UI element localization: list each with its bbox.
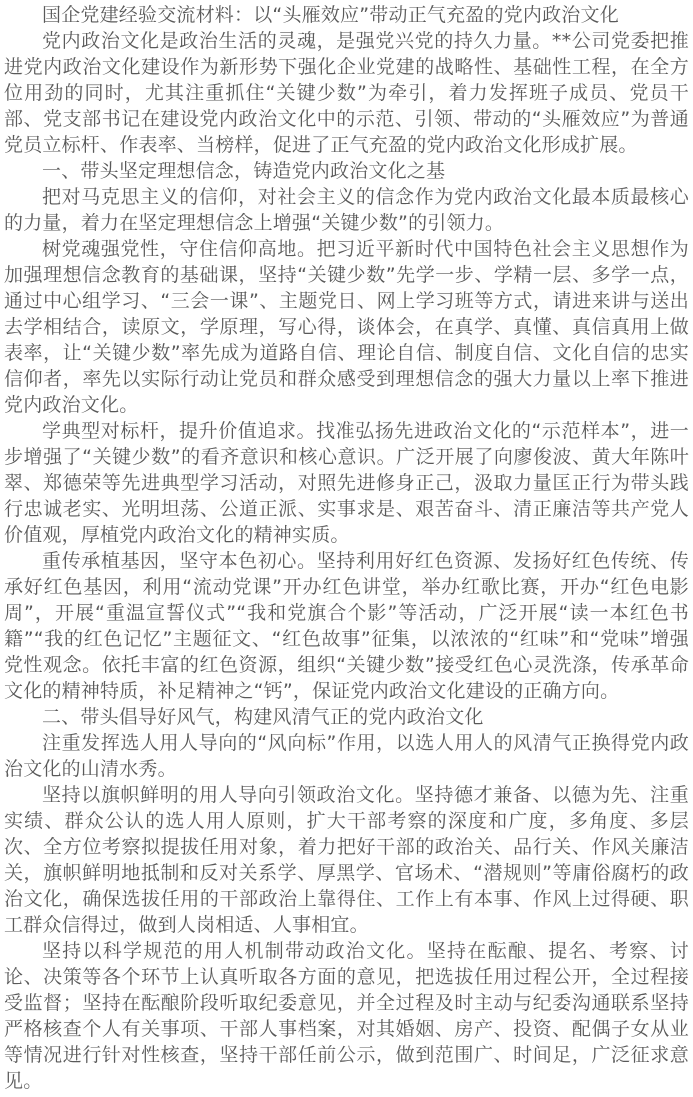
body-paragraph: 坚持以旗帜鲜明的用人导向引领政治文化。坚持德才兼备、以德为先、注重实绩、群众公认… (4, 782, 689, 938)
body-paragraph: 党内政治文化是政治生活的灵魂，是强党兴党的持久力量。**公司党委把推进党内政治文… (4, 28, 689, 158)
body-paragraph: 学典型对标杆，提升价值追求。找准弘扬先进政治文化的“示范样本”，进一步增强了“关… (4, 418, 689, 548)
body-paragraph: 把对马克思主义的信仰，对社会主义的信念作为党内政治文化最本质最核心的力量，着力在… (4, 184, 689, 236)
document-page: 国企党建经验交流材料：以“头雁效应”带动正气充盈的党内政治文化党内政治文化是政治… (0, 0, 693, 1097)
body-paragraph: 树党魂强党性，守住信仰高地。把习近平新时代中国特色社会主义思想作为加强理想信念教… (4, 236, 689, 418)
section-heading: 二、带头倡导好风气，构建风清气正的党内政治文化 (4, 704, 689, 730)
body-paragraph: 注重发挥选人用人导向的“风向标”作用，以选人用人的风清气正换得党内政治文化的山清… (4, 730, 689, 782)
body-paragraph: 重传承植基因，坚守本色初心。坚持利用好红色资源、发扬好红色传统、传承好红色基因，… (4, 548, 689, 704)
document-title: 国企党建经验交流材料：以“头雁效应”带动正气充盈的党内政治文化 (4, 2, 689, 28)
body-paragraph: 坚持以科学规范的用人机制带动政治文化。坚持在酝酿、提名、考察、讨论、决策等各个环… (4, 938, 689, 1094)
section-heading: 一、带头坚定理想信念，铸造党内政治文化之基 (4, 158, 689, 184)
document-body: 国企党建经验交流材料：以“头雁效应”带动正气充盈的党内政治文化党内政治文化是政治… (4, 2, 689, 1094)
